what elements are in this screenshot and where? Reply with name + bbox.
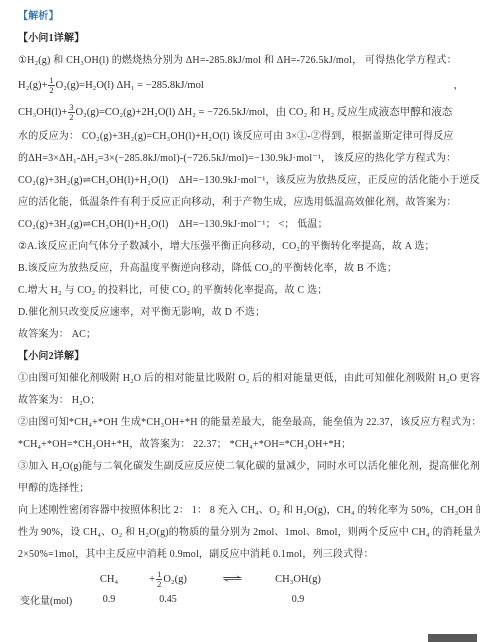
eq-ch3oh-post: O₂(g)=CO₂(g)+2H₂O(l) ΔH₂ = −726.5kJ/mol，… <box>76 105 453 120</box>
tl-change-ch4: 0.9 <box>88 594 130 605</box>
para-consumption-calc: 2×50%=1mol，其中主反应中消耗 0.9mol，副反应中消耗 0.1mol… <box>18 548 464 561</box>
equation-h2-combustion: H₂(g)+12O₂(g)=H₂O(l) ΔH₁ = −285.8kJ/mol … <box>18 76 464 95</box>
fraction-three-halves: 32 <box>68 103 74 122</box>
para-selectivity: 甲醇的选择性； <box>18 482 464 495</box>
analysis-header: 【解析】 <box>18 10 464 23</box>
tl-plus-sign: + <box>149 574 155 585</box>
para-option-c: C.增大 H₂ 与 CO₂ 的投料比，可使 CO₂ 的平衡转化率提高，故 C 选… <box>18 284 464 297</box>
para-combustion-heats: ①H₂(g) 和 CH₃OH(l) 的燃烧热分别为 ΔH=-285.8kJ/mo… <box>18 54 464 67</box>
three-line-table: CH₄ +12O₂(g) ⇌ CH₃OH(g) 变化量(mol) 0.9 0.4… <box>20 570 464 607</box>
para-target-reaction: 水的反应为： CO₂(g)+3H₂(g)=CH₃OH(l)+H₂O(l) 该反应… <box>18 130 464 143</box>
equation-h2-body: H₂(g)+12O₂(g)=H₂O(l) ΔH₁ = −285.8kJ/mol <box>18 76 204 95</box>
scrollbar-thumb[interactable] <box>428 634 477 642</box>
para-answer-barrier: *CH₄+*OH=*CH₃OH+*H，故答案为： 22.37； *CH₄+*OH… <box>18 438 464 451</box>
eq-ch3oh-pre: CH₃OH(l)+ <box>18 105 67 120</box>
document-page: 【解析】 【小问1详解】 ①H₂(g) 和 CH₃OH(l) 的燃烧热分别为 Δ… <box>0 0 480 642</box>
para-answer-ac: 故答案为： AC； <box>18 328 464 341</box>
tl-product-ch3oh: CH₃OH(g) <box>258 574 338 585</box>
para-low-temp-reason: 应的活化能，低温条件有利于反应正向移动，利于产物生成，应选用低温高效催化剂，故答… <box>18 196 464 209</box>
para-mole-setup: 性为 90%，设 CH₄、O₂ 和 H₂O(g)的物质的量分别为 2mol、1m… <box>18 526 464 539</box>
para-energy-barrier: ②由图可知*CH₄+*OH 生成*CH₃OH+*H 的能量差最大，能垒最高，能垒… <box>18 416 464 429</box>
fraction-one-half: 12 <box>48 76 54 95</box>
eq-h2-pre: H₂(g)+ <box>18 78 47 93</box>
eq-h2-trailing-comma: ， <box>454 78 465 93</box>
para-option-a: ②A.该反应正向气体分子数减小，增大压强平衡正向移动，CO₂的平衡转化率提高，故… <box>18 240 464 253</box>
solution-document: 【解析】 【小问1详解】 ①H₂(g) 和 CH₃OH(l) 的燃烧热分别为 Δ… <box>18 10 464 607</box>
eq-h2-post: O₂(g)=H₂O(l) ΔH₁ = −285.8kJ/mol <box>56 78 204 93</box>
para-option-b: B.该反应为放热反应，升高温度平衡逆向移动，降低 CO₂的平衡转化率，故 B 不… <box>18 262 464 275</box>
para-answer-h2o: 故答案为： H₂O； <box>18 394 464 407</box>
para-hess-law-calc: 的ΔH=3×ΔH₁-ΔH₂=3×(−285.8kJ/mol)-(−726.5kJ… <box>18 152 464 165</box>
para-container-ratio: 向上述刚性密闭容器中按照体积比 2： 1： 8 充入 CH₄、O₂ 和 H₂O(… <box>18 504 464 517</box>
subquestion2-header: 【小问2详解】 <box>18 350 464 363</box>
equation-ch3oh-body: CH₃OH(l)+32O₂(g)=CO₂(g)+2H₂O(l) ΔH₂ = −7… <box>18 103 452 122</box>
three-line-equation-row: CH₄ +12O₂(g) ⇌ CH₃OH(g) <box>20 570 464 589</box>
para-adsorption-energy: ①由图可知催化剂吸附 H₂O 后的相对能量比吸附 O₂ 后的相对能量更低，由此可… <box>18 372 464 385</box>
tl-change-o2: 0.45 <box>130 594 206 605</box>
tl-change-ch3oh: 0.9 <box>258 594 338 605</box>
para-option-d: D.催化剂只改变反应速率，对平衡无影响，故 D 不选； <box>18 306 464 319</box>
para-thermo-equation: CO₂(g)+3H₂(g)⇌CH₃OH(l)+H₂O(l) ΔH=−130.9k… <box>18 174 464 187</box>
para-answer-equation: CO₂(g)+3H₂(g)⇌CH₃OH(l)+H₂O(l) ΔH=−130.9k… <box>18 218 464 231</box>
fraction-one-half-table: 12 <box>156 570 162 589</box>
tl-change-label: 变化量(mol) <box>20 592 88 607</box>
tl-reactant-ch4: CH₄ <box>88 574 130 585</box>
three-line-change-row: 变化量(mol) 0.9 0.45 0.9 <box>20 592 464 607</box>
subquestion1-header: 【小问1详解】 <box>18 32 464 45</box>
tl-reactant-o2: +12O₂(g) <box>130 570 206 589</box>
equation-ch3oh-combustion: CH₃OH(l)+32O₂(g)=CO₂(g)+2H₂O(l) ΔH₂ = −7… <box>18 103 464 122</box>
tl-o2-formula: O₂(g) <box>163 574 187 585</box>
para-h2o-side-reaction: ③加入 H₂O(g)能与二氧化碳发生副反应反应使二氧化碳的量减少，同时水可以活化… <box>18 460 464 473</box>
tl-equilibrium-arrow: ⇌ <box>206 573 258 585</box>
